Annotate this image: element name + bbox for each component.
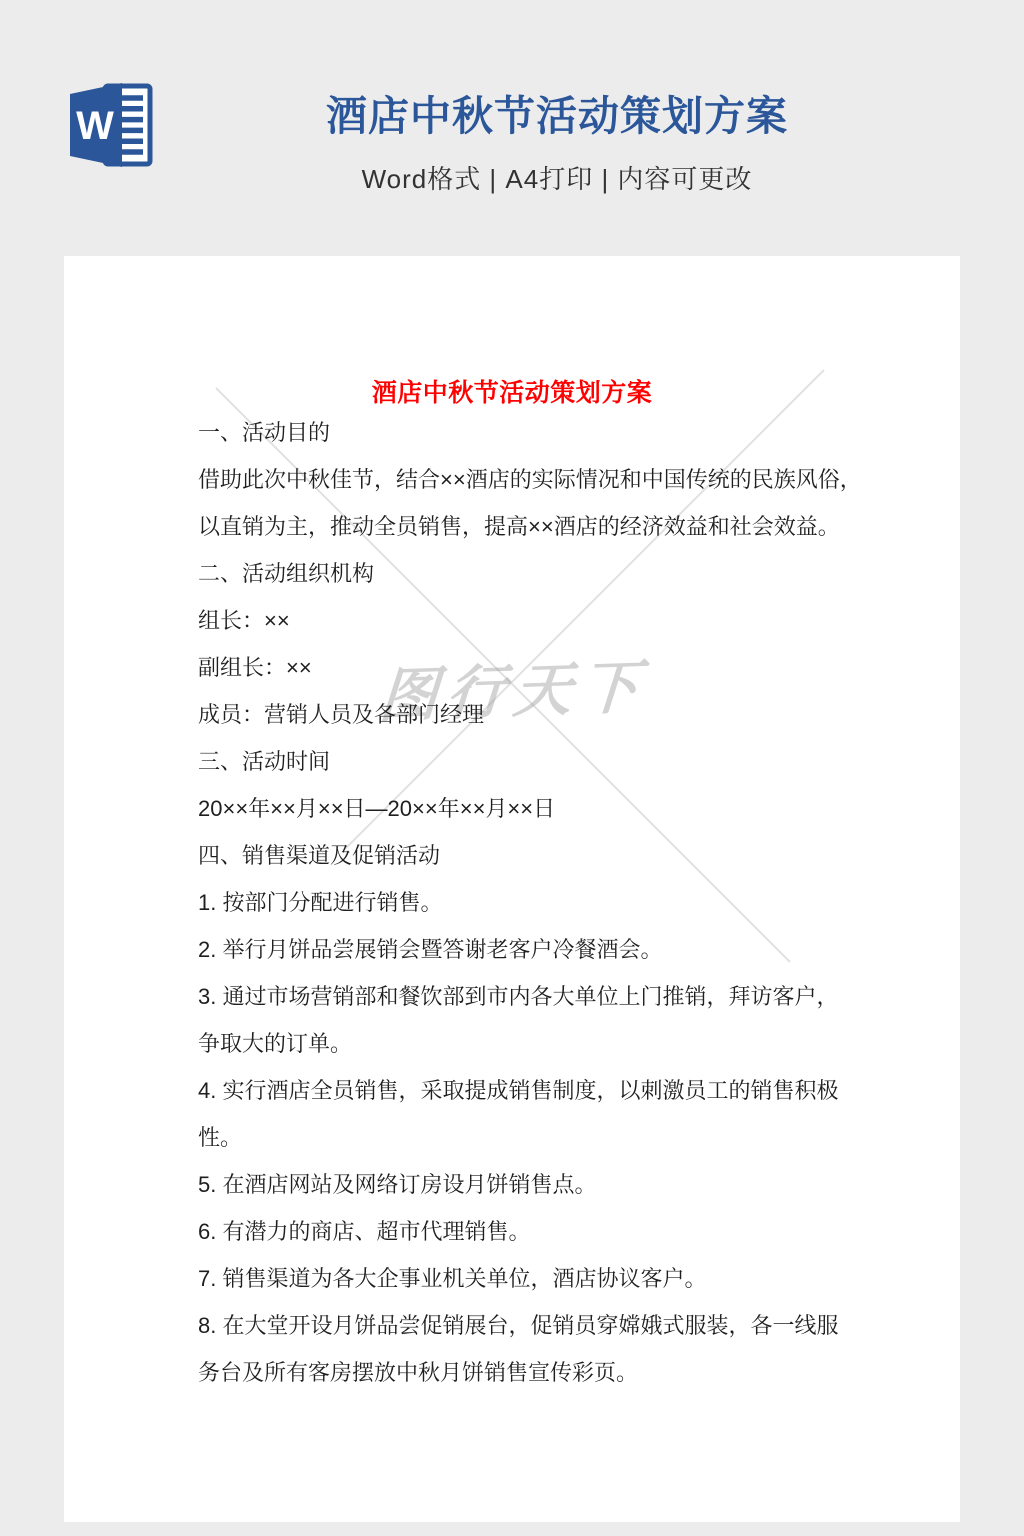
doc-line: 7. 销售渠道为各大企事业机关单位，酒店协议客户。 [198,1255,858,1302]
document-page: 图行天下 酒店中秋节活动策划方案 一、活动目的借助此次中秋佳节，结合××酒店的实… [64,256,960,1522]
doc-line: 组长：×× [198,597,858,644]
template-preview-page: W 酒店中秋节活动策划方案 Word格式 | A4打印 | 内容可更改 图行天下… [0,0,1024,1536]
doc-line: 1. 按部门分配进行销售。 [198,879,858,926]
doc-line: 4. 实行酒店全员销售，采取提成销售制度，以刺激员工的销售积极 [198,1067,858,1114]
doc-line: 2. 举行月饼品尝展销会暨答谢老客户冷餐酒会。 [198,926,858,973]
header: 酒店中秋节活动策划方案 Word格式 | A4打印 | 内容可更改 [90,95,1024,196]
doc-line: 副组长：×× [198,644,858,691]
doc-line: 成员：营销人员及各部门经理 [198,691,858,738]
doc-title: 酒店中秋节活动策划方案 [64,373,960,409]
doc-line: 8. 在大堂开设月饼品尝促销展台，促销员穿嫦娥式服装，各一线服 [198,1302,858,1349]
doc-line: 6. 有潜力的商店、超市代理销售。 [198,1208,858,1255]
doc-line: 20××年××月××日—20××年××月××日 [198,785,858,832]
doc-line: 务台及所有客房摆放中秋月饼销售宣传彩页。 [198,1349,858,1396]
doc-line: 一、活动目的 [198,409,858,456]
doc-line: 以直销为主，推动全员销售，提高××酒店的经济效益和社会效益。 [198,503,858,550]
doc-line: 3. 通过市场营销部和餐饮部到市内各大单位上门推销，拜访客户， [198,973,858,1020]
doc-line: 四、销售渠道及促销活动 [198,832,858,879]
doc-line: 争取大的订单。 [198,1020,858,1067]
page-subtitle: Word格式 | A4打印 | 内容可更改 [90,159,1024,196]
doc-line: 借助此次中秋佳节，结合××酒店的实际情况和中国传统的民族风俗， [198,456,858,503]
doc-line: 二、活动组织机构 [198,550,858,597]
doc-line: 5. 在酒店网站及网络订房设月饼销售点。 [198,1161,858,1208]
page-title: 酒店中秋节活动策划方案 [90,95,1024,138]
doc-line: 三、活动时间 [198,738,858,785]
doc-body: 一、活动目的借助此次中秋佳节，结合××酒店的实际情况和中国传统的民族风俗，以直销… [198,409,858,1396]
doc-line: 性。 [198,1114,858,1161]
